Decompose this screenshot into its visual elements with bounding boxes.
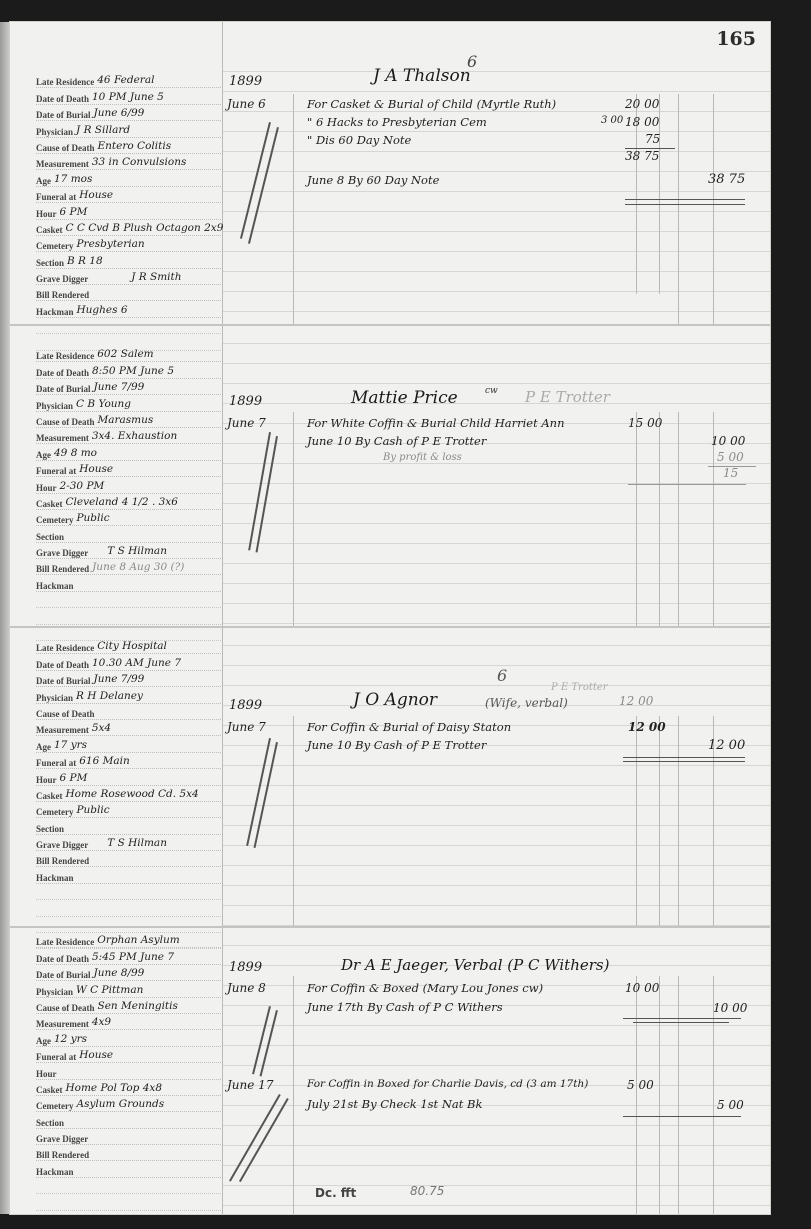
ledger-year: 1899 xyxy=(229,698,262,713)
field-section: Section xyxy=(36,1112,221,1128)
ledger-year: 1899 xyxy=(229,960,262,975)
balance-rule xyxy=(625,204,745,205)
field-physician: PhysicianR H Delaney xyxy=(36,687,221,703)
balance-rule xyxy=(623,1116,741,1117)
entry-text: For Coffin & Boxed (Mary Lou Jones cw) xyxy=(307,981,543,995)
field-bill-rendered: Bill Rendered xyxy=(36,285,221,301)
credit-column-line xyxy=(678,94,679,324)
field-grave-digger: Grave DiggerT S Hilman xyxy=(36,543,221,559)
entry-total: 38 75 xyxy=(625,149,659,163)
entry-charge: 12 00 xyxy=(628,720,666,734)
field-cause-of-death: Cause of DeathEntero Colitis xyxy=(36,138,221,154)
customer-note: (Wife, verbal) xyxy=(485,696,568,710)
entry-credit: 10 00 xyxy=(711,434,745,448)
field-section: Section xyxy=(36,818,221,834)
entry-text: " Dis 60 Day Note xyxy=(307,133,411,147)
entry-text: For Coffin in Boxed for Charlie Davis, c… xyxy=(307,1078,588,1090)
entry-date: June 6 xyxy=(227,97,266,111)
field-hour: Hour2-30 PM xyxy=(36,477,221,493)
field-cemetery: CemeteryAsylum Grounds xyxy=(36,1096,221,1112)
field-casket: CasketHome Rosewood Cd. 5x4 xyxy=(36,786,221,802)
field-cemetery: CemeteryPublic xyxy=(36,802,221,818)
field-funeral-at: Funeral atHouse xyxy=(36,1047,221,1063)
ledger-entries: 1899 Mattie Price cw P E Trotter June 7 … xyxy=(223,324,770,626)
annotation: P E Trotter xyxy=(525,388,610,406)
field-funeral-at: Funeral at616 Main xyxy=(36,753,221,769)
field-date-of-death: Date of Death10.30 AM June 7 xyxy=(36,654,221,670)
field-funeral-at: Funeral atHouse xyxy=(36,461,221,477)
field-casket: CasketC C Cvd B Plush Octagon 2x9 xyxy=(36,220,221,236)
field-bill-rendered: Bill Rendered xyxy=(36,851,221,867)
credit-column-line xyxy=(678,976,679,1214)
customer-name: J O Agnor xyxy=(353,690,437,710)
customer-name: J A Thalson xyxy=(373,66,471,86)
entry-credit: 12 00 xyxy=(708,738,745,753)
entry-charge: 18 00 xyxy=(625,115,659,129)
entry-date: June 7 xyxy=(227,416,266,430)
entry-text: July 21st By Check 1st Nat Bk xyxy=(307,1097,482,1111)
entry-rate: 3 00 xyxy=(601,115,623,126)
field-hackman: Hackman xyxy=(36,1161,221,1177)
footer-stamp: Dc. fft xyxy=(315,1186,356,1200)
field-casket: CasketHome Pol Top 4x8 xyxy=(36,1080,221,1096)
entry-text: For Coffin & Burial of Daisy Staton xyxy=(307,720,511,734)
cents-column-line xyxy=(659,412,660,626)
cents-column-line xyxy=(659,716,660,926)
cents-column-line xyxy=(659,976,660,1214)
entry-charge: 5 00 xyxy=(627,1078,654,1092)
page-number: 165 xyxy=(716,28,756,50)
record-fields: Late ResidenceOrphan Asylum Date of Deat… xyxy=(36,932,221,1211)
date-column-line xyxy=(293,976,294,1214)
field-measurement: Measurement4x9 xyxy=(36,1014,221,1030)
field-date-of-burial: Date of BurialJune 6/99 xyxy=(36,105,221,121)
amount-column-line xyxy=(636,412,637,626)
balance-rule xyxy=(625,199,745,200)
entry-charge: 20 00 xyxy=(625,97,659,111)
entry-text: June 10 By Cash of P E Trotter xyxy=(307,738,486,752)
balance-rule xyxy=(623,761,745,762)
entry-text: June 8 By 60 Day Note xyxy=(307,173,439,187)
field-bill-rendered: Bill RenderedJune 8 Aug 30 (?) xyxy=(36,559,221,575)
field-hackman: HackmanHughes 6 xyxy=(36,301,221,317)
field-hour: Hour xyxy=(36,1063,221,1079)
field-measurement: Measurement3x4. Exhaustion xyxy=(36,428,221,444)
field-physician: PhysicianC B Young xyxy=(36,395,221,411)
burial-record: Late Residence602 Salem Date of Death8:5… xyxy=(10,324,770,628)
field-section: Section xyxy=(36,526,221,542)
amount-column-line xyxy=(636,716,637,926)
entry-credit: 5 00 xyxy=(717,450,744,464)
entry-credit: 38 75 xyxy=(708,172,745,187)
entry-date: June 17 xyxy=(227,1078,273,1092)
record-fields: Late ResidenceCity Hospital Date of Deat… xyxy=(36,638,221,949)
balance-rule xyxy=(623,1018,741,1019)
field-hackman: Hackman xyxy=(36,575,221,591)
entry-total: 15 xyxy=(723,466,738,480)
field-late-residence: Late ResidenceOrphan Asylum xyxy=(36,932,221,948)
credit-column-line xyxy=(678,716,679,926)
field-grave-digger: Grave DiggerT S Hilman xyxy=(36,835,221,851)
credit-column-line xyxy=(678,412,679,626)
entry-text: " 6 Hacks to Presbyterian Cem xyxy=(307,115,487,129)
entry-text: By profit & loss xyxy=(383,452,462,463)
ledger-page: 165 Late Residence46 Federal Date of Dea… xyxy=(10,22,770,1214)
field-hackman: Hackman xyxy=(36,867,221,883)
entry-credit: 10 00 xyxy=(713,1001,747,1015)
field-date-of-burial: Date of BurialJune 7/99 xyxy=(36,379,221,395)
field-physician: PhysicianJ R Sillard xyxy=(36,121,221,137)
field-age: Age12 yrs xyxy=(36,1030,221,1046)
field-age: Age17 yrs xyxy=(36,736,221,752)
amount-column-line xyxy=(636,976,637,1214)
field-grave-digger: Grave DiggerJ R Smith xyxy=(36,269,221,285)
field-casket: CasketCleveland 4 1/2 . 3x6 xyxy=(36,494,221,510)
field-date-of-burial: Date of BurialJune 8/99 xyxy=(36,965,221,981)
balance-rule xyxy=(633,1022,729,1023)
balance-rule xyxy=(628,484,746,485)
date-column-line xyxy=(293,94,294,324)
footer-total: 80.75 xyxy=(410,1184,444,1198)
customer-name: Dr A E Jaeger, Verbal (P C Withers) xyxy=(341,956,609,974)
field-late-residence: Late Residence46 Federal xyxy=(36,72,221,88)
entry-text: For White Coffin & Burial Child Harriet … xyxy=(307,416,564,430)
field-date-of-burial: Date of BurialJune 7/99 xyxy=(36,671,221,687)
field-late-residence: Late Residence602 Salem xyxy=(36,346,221,362)
record-fields: Late Residence46 Federal Date of Death10… xyxy=(36,72,221,351)
ledger-entries: 6 P E Trotter 1899 J O Agnor (Wife, verb… xyxy=(223,626,770,926)
credit-cents-column-line xyxy=(713,94,714,324)
field-measurement: Measurement33 in Convulsions xyxy=(36,154,221,170)
balance-rule xyxy=(623,757,745,758)
record-fields: Late Residence602 Salem Date of Death8:5… xyxy=(36,346,221,641)
ruled-lines xyxy=(223,324,770,626)
ledger-year: 1899 xyxy=(229,74,262,89)
burial-record: Late ResidenceOrphan Asylum Date of Deat… xyxy=(10,926,770,1214)
field-date-of-death: Date of Death5:45 PM June 7 xyxy=(36,948,221,964)
field-age: Age49 8 mo xyxy=(36,444,221,460)
annotation: P E Trotter xyxy=(551,682,608,693)
field-cause-of-death: Cause of Death xyxy=(36,704,221,720)
entry-text: For Casket & Burial of Child (Myrtle Rut… xyxy=(307,97,556,111)
field-hour: Hour6 PM xyxy=(36,203,221,219)
entry-charge: 10 00 xyxy=(625,981,659,995)
ledger-entries: 1899 Dr A E Jaeger, Verbal (P C Withers)… xyxy=(223,926,770,1214)
field-cause-of-death: Cause of DeathMarasmus xyxy=(36,412,221,428)
field-age: Age17 mos xyxy=(36,170,221,186)
blank-lines xyxy=(36,1178,221,1211)
entry-charge: 15 00 xyxy=(628,416,662,430)
field-physician: PhysicianW C Pittman xyxy=(36,981,221,997)
date-column-line xyxy=(293,716,294,926)
field-bill-rendered: Bill Rendered xyxy=(36,1145,221,1161)
field-hour: Hour6 PM xyxy=(36,769,221,785)
ledger-entries: 6 1899 J A Thalson June 6 For Casket & B… xyxy=(223,52,770,324)
customer-name: Mattie Price xyxy=(351,388,458,408)
field-measurement: Measurement5x4 xyxy=(36,720,221,736)
ruled-lines xyxy=(223,52,770,324)
side-amount: 12 00 xyxy=(619,694,653,708)
burial-record: Late Residence46 Federal Date of Death10… xyxy=(10,52,770,326)
field-grave-digger: Grave Digger xyxy=(36,1129,221,1145)
field-section: SectionB R 18 xyxy=(36,252,221,268)
field-cemetery: CemeteryPresbyterian xyxy=(36,236,221,252)
field-date-of-death: Date of Death10 PM June 5 xyxy=(36,88,221,104)
entry-charge: 75 xyxy=(645,132,660,146)
field-cause-of-death: Cause of DeathSen Meningitis xyxy=(36,998,221,1014)
field-funeral-at: Funeral atHouse xyxy=(36,187,221,203)
entry-date: June 8 xyxy=(227,981,266,995)
burial-record: Late ResidenceCity Hospital Date of Deat… xyxy=(10,626,770,928)
field-late-residence: Late ResidenceCity Hospital xyxy=(36,638,221,654)
entry-date: June 7 xyxy=(227,720,266,734)
entry-text: June 17th By Cash of P C Withers xyxy=(307,1000,503,1014)
date-column-line xyxy=(293,412,294,626)
entry-text: June 10 By Cash of P E Trotter xyxy=(307,434,486,448)
field-date-of-death: Date of Death8:50 PM June 5 xyxy=(36,362,221,378)
field-cemetery: CemeteryPublic xyxy=(36,510,221,526)
entry-credit: 5 00 xyxy=(717,1098,744,1112)
ledger-year: 1899 xyxy=(229,394,262,409)
